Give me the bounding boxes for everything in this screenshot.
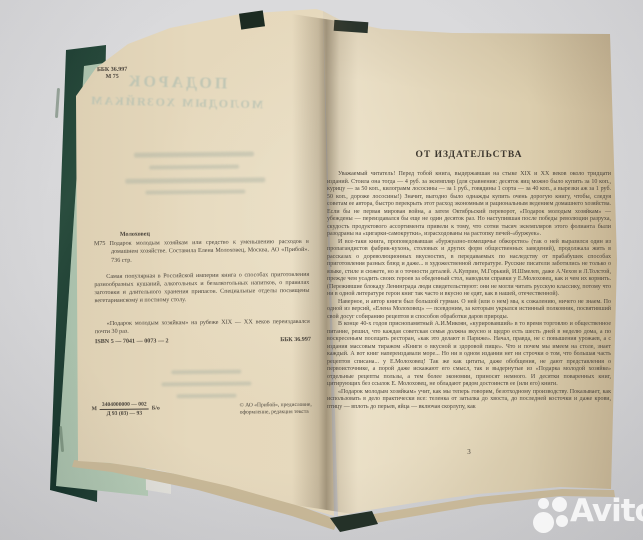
publisher-paragraph-5: «Подарок молодым хозяйкам» учит, как мы … <box>327 389 611 412</box>
biblio-annotation-text: Подарок молодым хозяйкам или средство к … <box>109 239 309 263</box>
biblio-annotation: М75Подарок молодым хозяйкам или средство… <box>94 238 309 265</box>
page-number: 3 <box>327 448 611 456</box>
publisher-paragraph-1: Уважаемый читатель! Перед тобой книга, в… <box>327 171 611 239</box>
avito-logo-icon <box>538 498 549 509</box>
show-through-text-blur <box>171 370 241 375</box>
bibliographic-block: Молоховец М75Подарок молодым хозяйкам ил… <box>94 229 310 336</box>
show-through-text-blur <box>149 165 239 170</box>
avito-wordmark: Avito <box>570 493 643 529</box>
print-code-prefix: М <box>92 406 97 412</box>
avito-logo-icon <box>552 497 567 512</box>
print-code-denominator: Д 93 (03) — 93 <box>100 409 149 416</box>
reprint-note: «Подарок молодым хозяйкам» на рубеже XIX… <box>95 317 310 336</box>
show-through-text-blur <box>177 394 237 399</box>
show-through-text-blur <box>161 381 251 386</box>
publisher-heading: ОТ ИЗДАТЕЛЬСТВА <box>327 150 611 160</box>
print-code-fraction: 3404000000 — 002 Д 93 (03) — 93 <box>100 402 149 417</box>
biblio-abstract: Самая популярная в Российской империи кн… <box>94 271 309 306</box>
publisher-paragraph-2: И все-таки книга, проповедовавшая «буржу… <box>327 239 611 299</box>
book-photo: ББК 36.997 М 75 ПОДАРОК МОЛОДЫМ ХОЗЯЙКАМ… <box>0 0 643 540</box>
bbk-code: ББК 36.997 <box>280 337 311 343</box>
print-code-suffix: Б/о <box>152 406 160 412</box>
biblio-index-code: М75 <box>94 241 106 247</box>
isbn-row: ISBN 5 — 7041 — 0073 — 2 ББК 36.997 <box>95 337 311 345</box>
show-through-title-line2: МОЛОДЫМ ХОЗЯЙКАМ <box>83 92 269 113</box>
right-page-content: ОТ ИЗДАТЕЛЬСТВА Уважаемый читатель! Пере… <box>327 150 611 411</box>
avito-logo-icon <box>556 515 568 527</box>
avito-watermark: Avito <box>530 492 643 540</box>
print-run-code: М 3404000000 — 002 Д 93 (03) — 93 Б/о <box>92 401 160 416</box>
show-through-text-blur <box>145 190 245 195</box>
isbn-number: ISBN 5 — 7041 — 0073 — 2 <box>95 338 169 345</box>
show-through-title: ПОДАРОК МОЛОДЫМ ХОЗЯЙКАМ <box>83 70 270 113</box>
publisher-paragraph-3: Наверное, и автор книги был большой гурм… <box>327 299 611 322</box>
publisher-text: Уважаемый читатель! Перед тобой книга, в… <box>327 171 611 411</box>
show-through-text-blur <box>125 177 265 183</box>
copyright-notice: © АО «Прибой», предисловие, оформление, … <box>240 402 316 417</box>
publisher-paragraph-4: В конце 40-х годов приснопамятный А.И.Ми… <box>327 321 611 389</box>
avito-logo-icon <box>533 512 554 533</box>
show-through-text-blur <box>134 151 254 157</box>
